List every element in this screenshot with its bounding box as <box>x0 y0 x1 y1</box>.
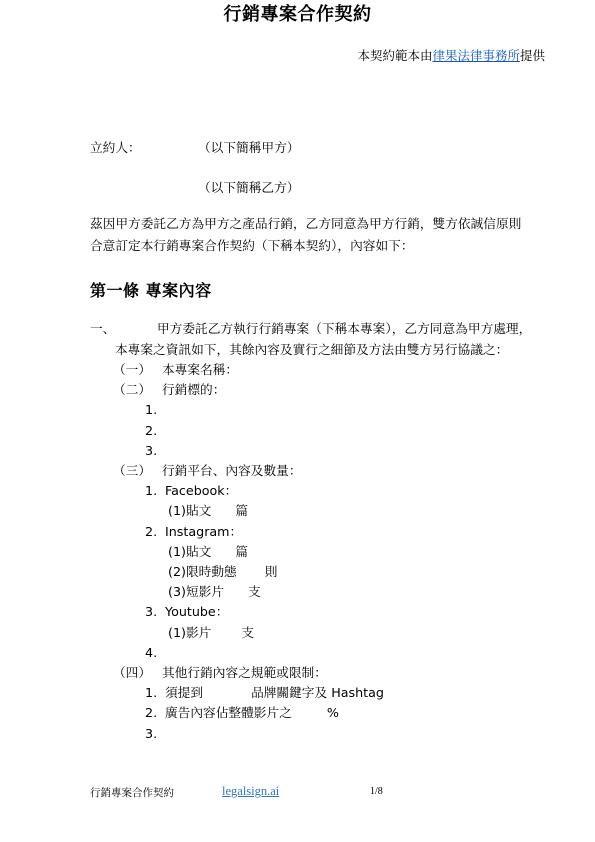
platform1-no: 1. <box>145 483 165 499</box>
header-provider-note: 本契約範本由律果法律事務所提供 <box>357 46 545 64</box>
sub3-text: 行銷平台、內容及數量： <box>162 463 302 478</box>
ig-post-label: (1)貼文 <box>168 544 211 559</box>
sub4-line: （四）其他行銷內容之規範或限制： <box>113 665 327 681</box>
header-prefix: 本契約範本由 <box>357 48 432 63</box>
youtube-item-1: (1)影片支 <box>168 625 254 641</box>
sub4-marker: （四） <box>113 665 162 681</box>
preamble-line-1: 茲因甲方委託乙方為甲方之產品行銷，乙方同意為甲方行銷，雙方依誠信原則 <box>90 216 521 232</box>
platform2-name: Instagram： <box>165 524 242 539</box>
ig-reel-label: (3)短影片 <box>168 584 224 599</box>
sub3-line: （三）行銷平台、內容及數量： <box>113 463 302 479</box>
sub2-item-3: 3. <box>145 443 157 459</box>
contract-page: 本契約範本由律果法律事務所提供 行銷專案合作契約 立約人：（以下簡稱甲方） （以… <box>0 0 595 842</box>
fb-post-unit: 篇 <box>235 503 248 518</box>
ig-reel-unit: 支 <box>248 584 261 599</box>
sub3-item-4: 4. <box>145 645 157 661</box>
sub2-marker: （二） <box>113 382 162 398</box>
preamble-line-2: 合意訂定本行銷專案合作契約（下稱本契約），內容如下： <box>90 238 414 254</box>
restriction2-post: % <box>327 705 339 720</box>
restriction-2: 2.廣告內容佔整體影片之% <box>145 705 339 721</box>
platform-instagram: 2.Instagram： <box>145 524 242 540</box>
article1-heading: 第一條 專案內容 <box>90 283 212 299</box>
yt-video-unit: 支 <box>241 625 254 640</box>
sub1-marker: （一） <box>113 362 162 378</box>
restriction-3: 3. <box>145 726 157 742</box>
platform3-no: 3. <box>145 604 165 620</box>
ig-post-unit: 篇 <box>235 544 248 559</box>
restriction1-no: 1. <box>145 685 165 701</box>
parties-label: 立約人： <box>90 140 198 156</box>
sub2-text: 行銷標的： <box>162 382 225 397</box>
clause1-line-1: 一、甲方委託乙方執行行銷專案（下稱本專案），乙方同意為甲方處理， <box>90 321 531 337</box>
restriction1-pre: 須提到 <box>165 685 203 700</box>
footer-doc-title: 行銷專案合作契約 <box>90 785 174 800</box>
platform-youtube: 3.Youtube： <box>145 604 228 620</box>
clause1-marker: 一、 <box>90 321 157 337</box>
parties-line-a: 立約人：（以下簡稱甲方） <box>90 140 300 156</box>
instagram-item-2: (2)限時動態則 <box>168 564 277 580</box>
sub2-item-1: 1. <box>145 402 157 418</box>
legalsign-link-text[interactable]: legalsign.ai <box>222 784 279 798</box>
restriction2-no: 2. <box>145 705 165 721</box>
party-b-note: （以下簡稱乙方） <box>198 180 300 195</box>
law-firm-link[interactable]: 律果法律事務所 <box>432 48 520 63</box>
party-a-note: （以下簡稱甲方） <box>198 140 300 155</box>
platform3-name: Youtube： <box>165 604 228 619</box>
restriction1-post: 品牌關鍵字及 Hashtag <box>251 685 384 700</box>
fb-post-label: (1)貼文 <box>168 503 211 518</box>
parties-line-b: （以下簡稱乙方） <box>198 180 300 196</box>
sub4-text: 其他行銷內容之規範或限制： <box>162 665 327 680</box>
ig-story-unit: 則 <box>265 564 278 579</box>
clause1-text-1: 甲方委託乙方執行行銷專案（下稱本專案），乙方同意為甲方處理， <box>157 321 531 336</box>
clause1-line-2: 本專案之資訊如下，其餘內容及實行之細節及方法由雙方另行協議之： <box>115 342 508 358</box>
sub1-line: （一）本專案名稱： <box>113 362 238 378</box>
sub1-text: 本專案名稱： <box>162 362 238 377</box>
sub3-marker: （三） <box>113 463 162 479</box>
instagram-item-1: (1)貼文篇 <box>168 544 248 560</box>
facebook-item-1: (1)貼文篇 <box>168 503 248 519</box>
restriction-1: 1.須提到品牌關鍵字及 Hashtag <box>145 685 384 701</box>
page-number: 1/8 <box>370 786 383 797</box>
header-suffix: 提供 <box>520 48 545 63</box>
ig-story-label: (2)限時動態 <box>168 564 237 579</box>
platform1-name: Facebook： <box>165 483 237 498</box>
legalsign-link[interactable]: legalsign.ai <box>222 783 279 799</box>
platform-facebook: 1.Facebook： <box>145 483 237 499</box>
restriction2-pre: 廣告內容佔整體影片之 <box>165 705 292 720</box>
document-title: 行銷專案合作契約 <box>0 0 595 26</box>
sub2-line: （二）行銷標的： <box>113 382 225 398</box>
instagram-item-3: (3)短影片支 <box>168 584 261 600</box>
platform2-no: 2. <box>145 524 165 540</box>
yt-video-label: (1)影片 <box>168 625 211 640</box>
sub2-item-2: 2. <box>145 423 157 439</box>
